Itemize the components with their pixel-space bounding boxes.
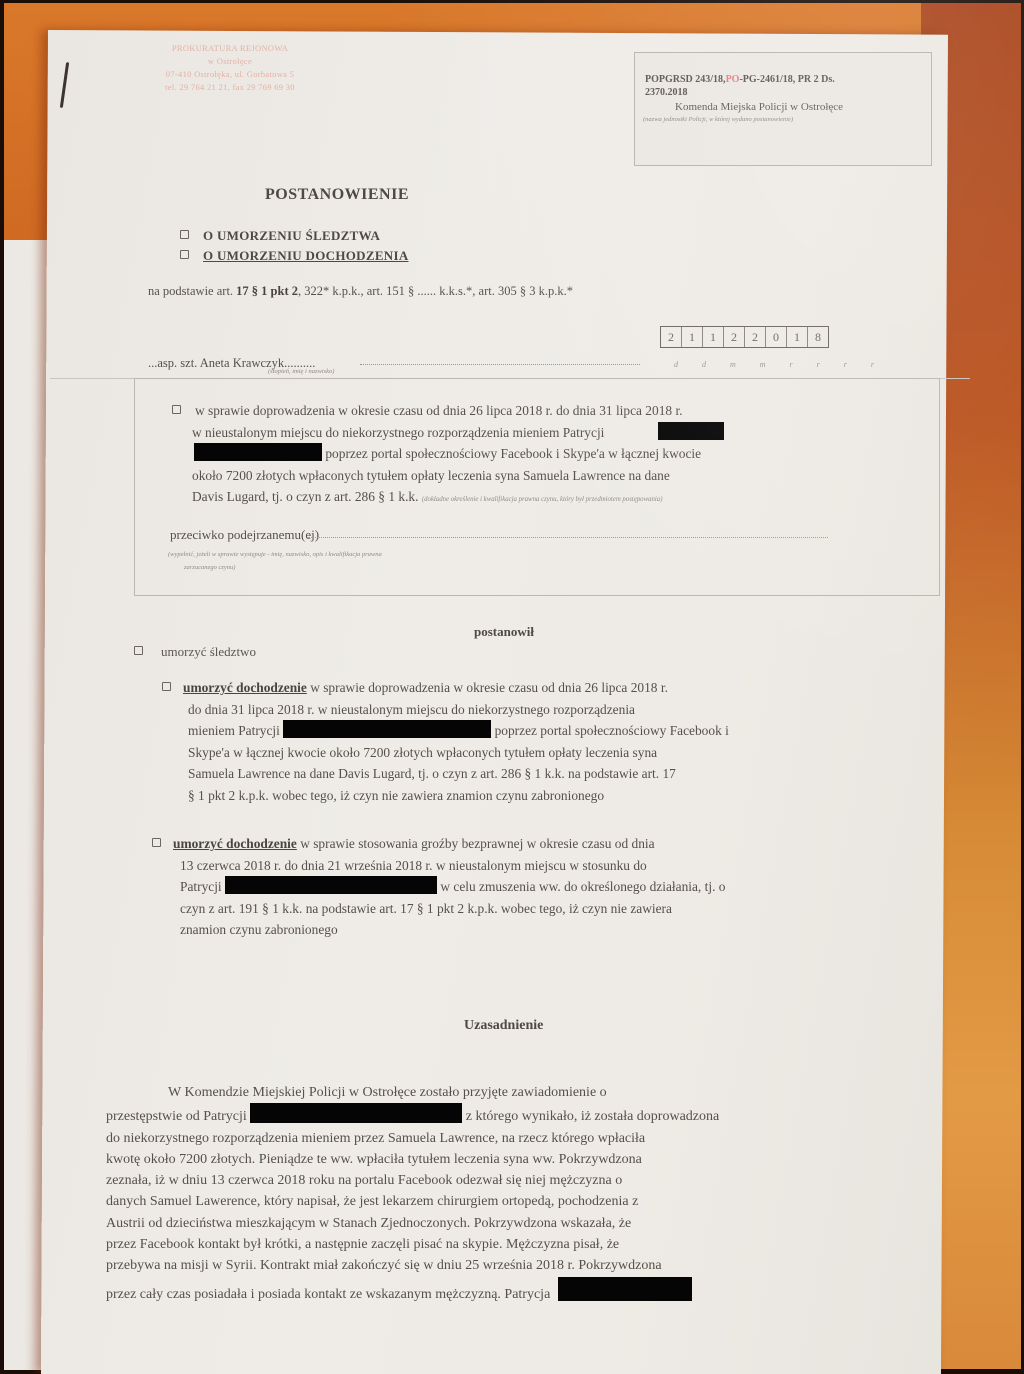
- date-digit: 2: [745, 327, 766, 347]
- case-number: POPGRSD 243/18,PO-PG-2461/18, PR 2 Ds. 2…: [645, 73, 925, 99]
- option-inquiry-discontinued: O UMORZENIU DOCHODZENIA: [180, 248, 409, 264]
- suspect-label: przeciwko podejrzanemu(ej): [170, 527, 319, 543]
- date-digit: 2: [661, 327, 682, 347]
- date-digit: 1: [682, 327, 703, 347]
- checkbox-icon: [172, 405, 181, 414]
- date-digit: 1: [703, 327, 724, 347]
- legal-basis: na podstawie art. 17 § 1 pkt 2, 322* k.p…: [148, 284, 573, 299]
- suspect-line: [308, 537, 828, 538]
- date-digit: 0: [766, 327, 787, 347]
- redaction-bar: [250, 1103, 462, 1123]
- date-format-labels: d d m m r r r r: [674, 360, 885, 369]
- checkbox-icon: [162, 682, 171, 691]
- checkbox-icon: [180, 230, 189, 239]
- police-unit-note: (nazwa jednostki Policji, w której wydan…: [643, 116, 793, 123]
- stamp-line: tel. 29 764 21 21, fax 29 769 69 30: [130, 81, 330, 94]
- police-unit: Komenda Miejska Policji w Ostrołęce: [675, 101, 843, 113]
- officer-line: [360, 364, 640, 365]
- suspect-note: (wypełnić, jeżeli w sprawie występuje - …: [168, 548, 588, 574]
- document-title: POSTANOWIENIE: [265, 186, 409, 204]
- redaction-bar: [283, 720, 491, 738]
- decision-1: umorzyć dochodzenie w sprawie doprowadze…: [162, 677, 914, 806]
- redaction-bar: [194, 443, 322, 461]
- redaction-bar: [658, 422, 724, 440]
- checkbox-icon: [134, 646, 143, 655]
- case-reference-box: POPGRSD 243/18,PO-PG-2461/18, PR 2 Ds. 2…: [634, 52, 932, 166]
- option-investigation-discontinued: O UMORZENIU ŚLEDZTWA: [180, 228, 380, 244]
- justification-heading: Uzasadnienie: [464, 1018, 543, 1034]
- checkbox-icon: [180, 250, 189, 259]
- justification-text: W Komendzie Miejskiej Policji w Ostrołęc…: [106, 1082, 938, 1305]
- decision-2: umorzyć dochodzenie w sprawie stosowania…: [152, 833, 922, 941]
- date-digit: 2: [724, 327, 745, 347]
- option-discontinue-investigation: umorzyć śledztwo: [134, 644, 256, 660]
- prosecutor-stamp: PROKURATURA REJONOWA w Ostrołęce 07-410 …: [130, 42, 330, 94]
- stamp-line: 07-410 Ostrołęka, ul. Gorbatowa 5: [130, 68, 330, 81]
- checkbox-icon: [152, 838, 161, 847]
- date-grid: 2 1 1 2 2 0 1 8: [660, 326, 829, 348]
- date-digit: 8: [808, 327, 828, 347]
- stamp-line: w Ostrołęce: [130, 55, 330, 68]
- case-matter-text: w sprawie doprowadzenia w okresie czasu …: [172, 400, 902, 511]
- officer-note: (stopień, imię i nazwisko): [268, 368, 334, 375]
- decided-heading: postanowił: [474, 624, 534, 640]
- redaction-bar: [225, 876, 437, 894]
- redaction-bar: [558, 1277, 692, 1301]
- stamp-line: PROKURATURA REJONOWA: [130, 42, 330, 55]
- date-digit: 1: [787, 327, 808, 347]
